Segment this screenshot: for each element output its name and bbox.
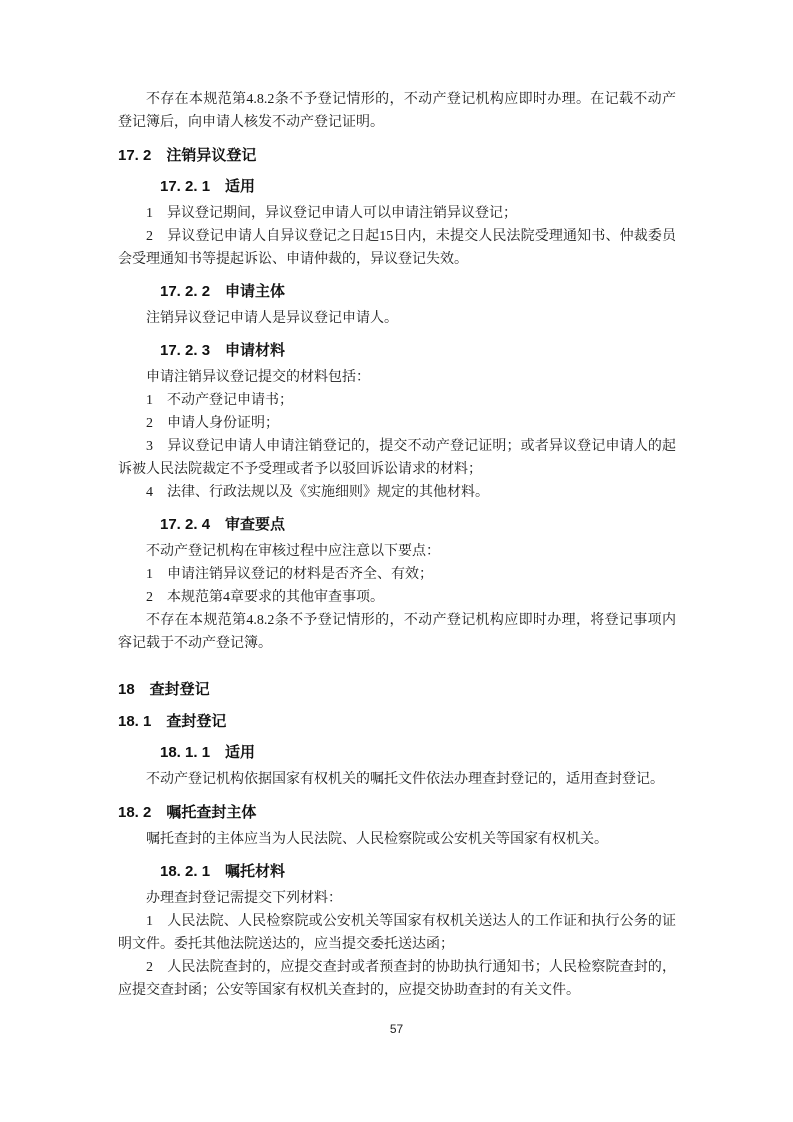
list-item: 3 异议登记申请人申请注销登记的，提交不动产登记证明；或者异议登记申请人的起诉被…	[118, 435, 676, 481]
list-item: 2 人民法院查封的，应提交查封或者预查封的协助执行通知书；人民检察院查封的，应提…	[118, 956, 676, 1002]
subsection-heading-18-2-1: 18. 2. 1 嘱托材料	[118, 861, 676, 882]
paragraph: 注销异议登记申请人是异议登记申请人。	[118, 307, 676, 330]
subsection-heading-18-1-1: 18. 1. 1 适用	[118, 742, 676, 763]
section-heading-18-2: 18. 2 嘱托查封主体	[118, 802, 676, 823]
subsection-heading-17-2-3: 17. 2. 3 申请材料	[118, 340, 676, 361]
subsection-heading-17-2-2: 17. 2. 2 申请主体	[118, 281, 676, 302]
list-item: 2 申请人身份证明；	[118, 412, 676, 435]
subsection-heading-17-2-4: 17. 2. 4 审查要点	[118, 514, 676, 535]
paragraph: 申请注销异议登记提交的材料包括：	[118, 366, 676, 389]
paragraph: 不动产登记机构依据国家有权机关的嘱托文件依法办理查封登记的，适用查封登记。	[118, 768, 676, 791]
document-page: 不存在本规范第4.8.2条不予登记情形的，不动产登记机构应即时办理。在记载不动产…	[0, 0, 793, 1122]
page-number: 57	[0, 1022, 793, 1036]
paragraph: 嘱托查封的主体应当为人民法院、人民检察院或公安机关等国家有权机关。	[118, 828, 676, 851]
subsection-heading-17-2-1: 17. 2. 1 适用	[118, 176, 676, 197]
list-item: 1 不动产登记申请书；	[118, 389, 676, 412]
list-item: 2 异议登记申请人自异议登记之日起15日内，未提交人民法院受理通知书、仲裁委员会…	[118, 225, 676, 271]
list-item: 4 法律、行政法规以及《实施细则》规定的其他材料。	[118, 481, 676, 504]
paragraph: 办理查封登记需提交下列材料：	[118, 887, 676, 910]
paragraph: 不动产登记机构在审核过程中应注意以下要点：	[118, 540, 676, 563]
paragraph: 不存在本规范第4.8.2条不予登记情形的，不动产登记机构应即时办理，将登记事项内…	[118, 609, 676, 655]
paragraph: 不存在本规范第4.8.2条不予登记情形的，不动产登记机构应即时办理。在记载不动产…	[118, 88, 676, 134]
section-heading-18-1: 18. 1 查封登记	[118, 711, 676, 732]
list-item: 1 申请注销异议登记的材料是否齐全、有效；	[118, 563, 676, 586]
chapter-heading-18: 18 查封登记	[118, 679, 676, 700]
list-item: 1 异议登记期间，异议登记申请人可以申请注销异议登记；	[118, 202, 676, 225]
list-item: 1 人民法院、人民检察院或公安机关等国家有权机关送达人的工作证和执行公务的证明文…	[118, 910, 676, 956]
section-heading-17-2: 17. 2 注销异议登记	[118, 145, 676, 166]
list-item: 2 本规范第4章要求的其他审查事项。	[118, 586, 676, 609]
